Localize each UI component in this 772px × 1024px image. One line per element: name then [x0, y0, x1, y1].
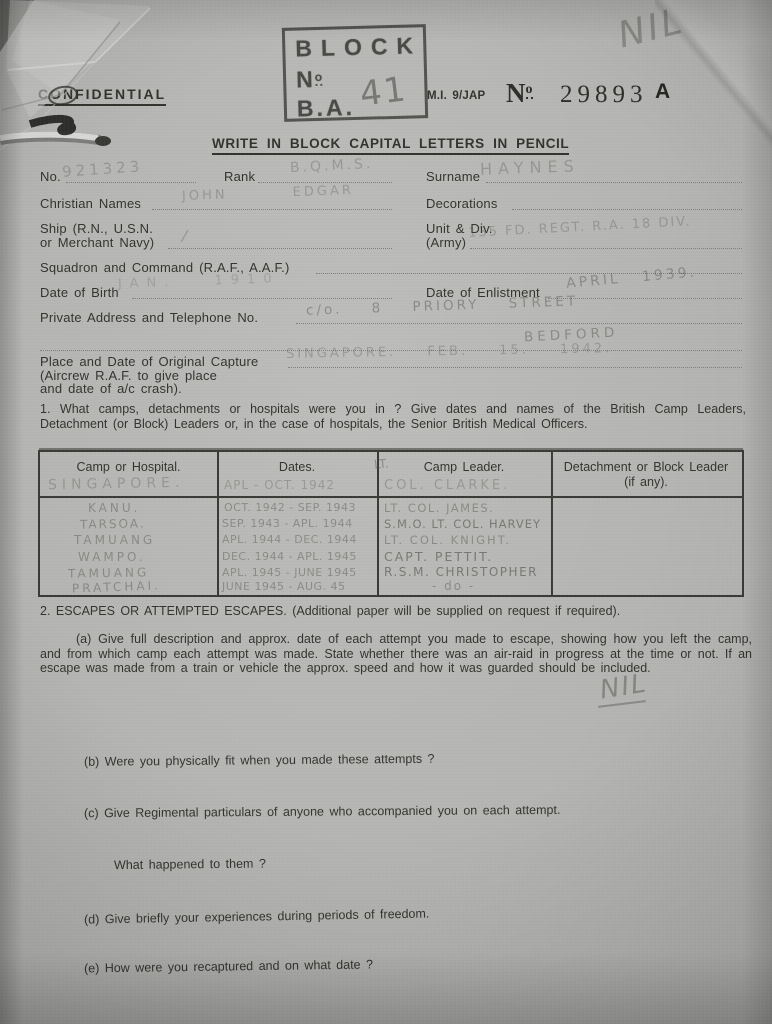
cell-camp: KANU. — [88, 501, 140, 515]
binding-string — [0, 110, 220, 160]
question-1-text: 1. What camps, detachments or hospitals … — [40, 402, 746, 431]
table-header-detachment: Detachment or Block Leader (if any). — [561, 460, 731, 489]
cell-camp: TARSOA. — [80, 516, 146, 531]
handwritten-lt-overlay: LT. — [373, 456, 389, 471]
question-2e-text: (e) How were you recaptured and on what … — [84, 953, 724, 976]
question-2d-text: (d) Give briefly your experiences during… — [84, 901, 724, 927]
camp-table: Camp or Hospital. Dates. Camp Leader. De… — [38, 450, 744, 597]
cell-camp: WAMPO. — [78, 550, 146, 564]
table-header-leader: Camp Leader. — [377, 460, 551, 475]
dotted-line — [296, 322, 742, 324]
stamp-line-block: BLOCK — [295, 31, 414, 63]
handwritten-rank: B.Q.M.S. — [290, 156, 374, 176]
field-label-surname: Surname — [426, 169, 480, 184]
handwritten-unit: 135 FD. REGT. R.A. 18 DIV. — [468, 214, 692, 241]
cell-leader: LT. COL. JAMES. — [384, 501, 494, 515]
table-header-dates: Dates. — [217, 460, 377, 475]
form-number-label: No — [506, 78, 533, 109]
dotted-line — [258, 181, 392, 183]
form-number-value: 29893 — [560, 81, 648, 109]
question-2b-text: (b) Were you physically fit when you mad… — [84, 749, 724, 769]
cell-camp: SINGAPORE. — [48, 475, 185, 493]
cell-dates: APL - OCT. 1942 — [224, 478, 335, 492]
field-label-address: Private Address and Telephone No. — [40, 310, 258, 325]
dotted-line — [288, 366, 742, 368]
handwritten-ship-slash: / — [180, 226, 189, 246]
field-label-capture-line1: Place and Date of Original Capture — [40, 354, 258, 369]
field-label-ship-line1: Ship (R.N., U.S.N. — [40, 221, 153, 236]
field-label-unit-line2: (Army) — [426, 235, 466, 250]
field-label-decorations: Decorations — [426, 196, 498, 211]
handwritten-date-of-enlistment: APRIL 1939. — [566, 264, 698, 291]
dotted-line — [132, 297, 392, 299]
handwritten-capture: SINGAPORE. FEB. 15. 1942. — [286, 341, 612, 362]
crumpled-corner-texture — [0, 0, 250, 200]
cell-dates: OCT. 1942 - SEP. 1943 — [224, 501, 356, 514]
field-label-ship-line2: or Merchant Navy) — [40, 235, 154, 250]
cell-dates: APL. 1944 - DEC. 1944 — [222, 533, 357, 546]
cell-camp: PRATCHAI. — [72, 578, 161, 595]
field-label-date-of-birth: Date of Birth — [40, 285, 119, 300]
cell-dates: SEP. 1943 - APL. 1944 — [222, 517, 353, 530]
cell-camp: TAMUANG — [74, 533, 155, 547]
cell-dates: JUNE 1945 - AUG. 45 — [222, 580, 346, 593]
form-reference-dept: M.I. 9/JAP — [427, 90, 485, 102]
question-2-heading: 2. ESCAPES OR ATTEMPTED ESCAPES. (Additi… — [40, 604, 750, 619]
dotted-line — [152, 208, 392, 210]
handwritten-surname: HAYNES — [480, 156, 580, 178]
corner-crease — [655, 0, 772, 170]
table-header-camp: Camp or Hospital. — [40, 460, 217, 475]
cell-leader: CAPT. PETTIT. — [384, 549, 493, 564]
cell-leader: LT. COL. KNIGHT. — [384, 533, 511, 547]
scanned-pow-questionnaire-page: CONFIDENTIAL BLOCK No B.A. 41 M.I. 9/JAP… — [0, 0, 772, 1024]
field-label-capture-line3: and date of a/c crash). — [40, 381, 182, 396]
dotted-line — [486, 181, 742, 183]
question-2c-sub-text: What happened to them ? — [114, 854, 514, 873]
cell-leader: S.M.O. LT. COL. HARVEY — [384, 517, 541, 531]
instruction-heading: WRITE IN BLOCK CAPITAL LETTERS IN PENCIL — [212, 136, 569, 155]
cell-leader: - do - — [432, 579, 475, 593]
dotted-line — [168, 247, 392, 249]
cell-leader: COL. CLARKE. — [384, 478, 510, 493]
table-header-divider — [40, 496, 742, 498]
dotted-line — [512, 208, 742, 210]
handwritten-block-number: 41 — [358, 69, 410, 114]
cell-dates: DEC. 1944 - APL. 1945 — [222, 550, 357, 563]
dotted-line — [470, 247, 742, 249]
table-column-divider — [551, 452, 553, 595]
question-2c-text: (c) Give Regimental particulars of anyon… — [84, 802, 724, 821]
cell-leader: R.S.M. CHRISTOPHER — [384, 565, 538, 579]
cell-dates: APL. 1945 - JUNE 1945 — [222, 566, 357, 579]
